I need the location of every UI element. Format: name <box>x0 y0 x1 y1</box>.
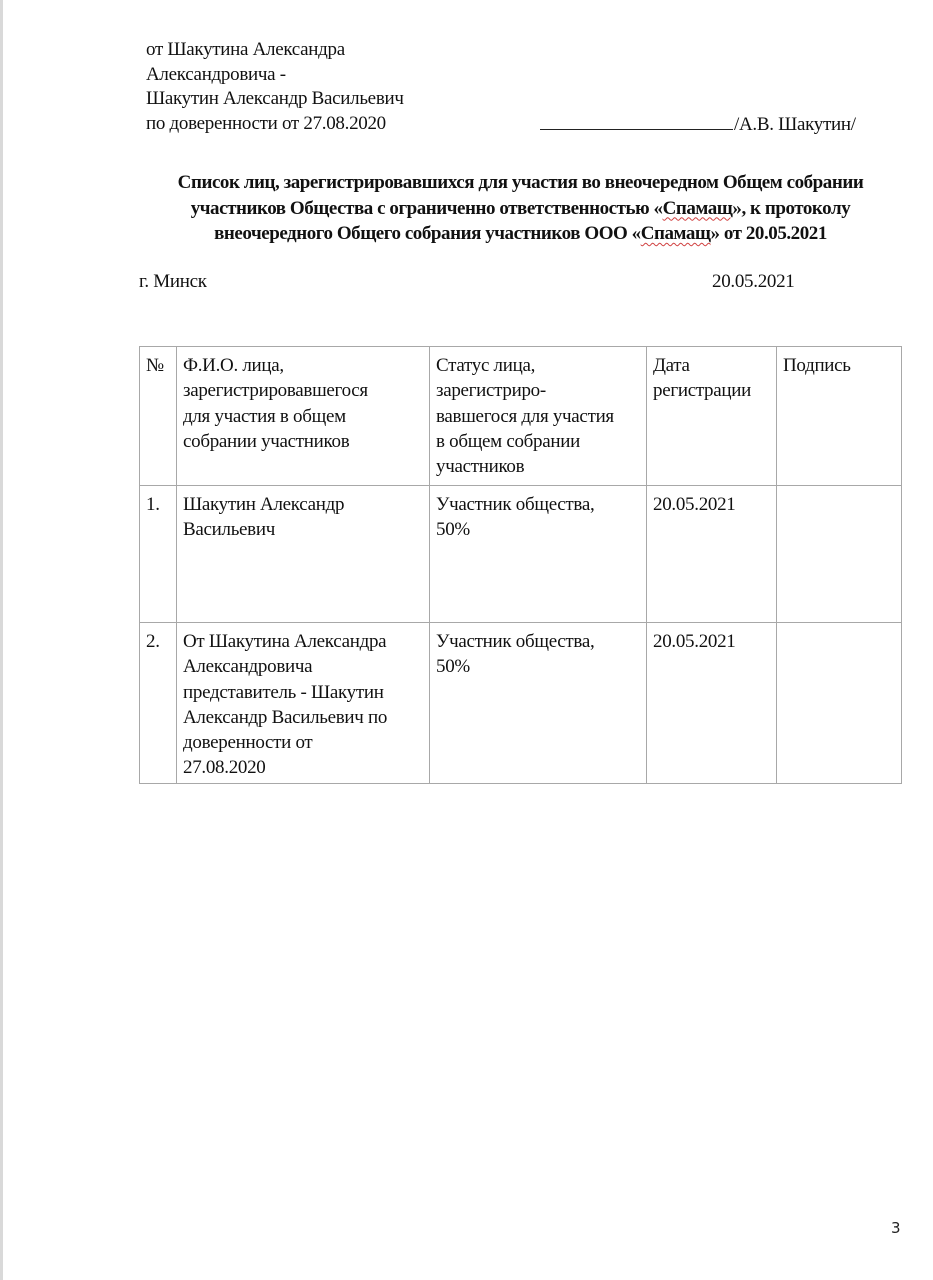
row-number: 1. <box>140 486 177 623</box>
registration-table: № Ф.И.О. лица, зарегистрировавшегося для… <box>139 346 902 784</box>
sender-line: от Шакутина Александра <box>146 38 404 63</box>
row-date: 20.05.2021 <box>647 623 777 784</box>
company-name: Спамащ <box>641 223 711 244</box>
page-number: 3 <box>891 1219 901 1237</box>
signature-name: /А.В. Шакутин/ <box>734 114 856 135</box>
signature-block: /А.В. Шакутин/ <box>540 111 856 137</box>
sender-block: от Шакутина Александра Александровича - … <box>146 38 404 136</box>
table-row: 2. От Шакутина Александра Александровича… <box>140 623 902 784</box>
signature-line <box>540 111 733 130</box>
row-signature <box>777 486 902 623</box>
sender-line: Александровича - <box>146 63 404 88</box>
sender-line: по доверенности от 27.08.2020 <box>146 112 404 137</box>
sender-line: Шакутин Александр Васильевич <box>146 87 404 112</box>
row-number: 2. <box>140 623 177 784</box>
row-status: Участник общества, 50% <box>430 486 647 623</box>
table-row: 1. Шакутин Александр Васильевич Участник… <box>140 486 902 623</box>
row-signature <box>777 623 902 784</box>
document-page: от Шакутина Александра Александровича - … <box>3 0 933 1280</box>
document-date: 20.05.2021 <box>712 271 795 293</box>
row-date: 20.05.2021 <box>647 486 777 623</box>
table-header-row: № Ф.И.О. лица, зарегистрировавшегося для… <box>140 347 902 486</box>
row-status: Участник общества, 50% <box>430 623 647 784</box>
title-part: » от 20.05.2021 <box>711 223 827 244</box>
header-status: Статус лица, зарегистриро- вавшегося для… <box>430 347 647 486</box>
document-title: Список лиц, зарегистрировавшихся для уча… <box>143 170 898 247</box>
header-date: Дата регистрации <box>647 347 777 486</box>
company-name: Спамащ <box>663 198 733 219</box>
row-name: От Шакутина Александра Александровича пр… <box>177 623 430 784</box>
header-signature: Подпись <box>777 347 902 486</box>
place-label: г. Минск <box>139 271 207 293</box>
header-name: Ф.И.О. лица, зарегистрировавшегося для у… <box>177 347 430 486</box>
header-number: № <box>140 347 177 486</box>
row-name: Шакутин Александр Васильевич <box>177 486 430 623</box>
